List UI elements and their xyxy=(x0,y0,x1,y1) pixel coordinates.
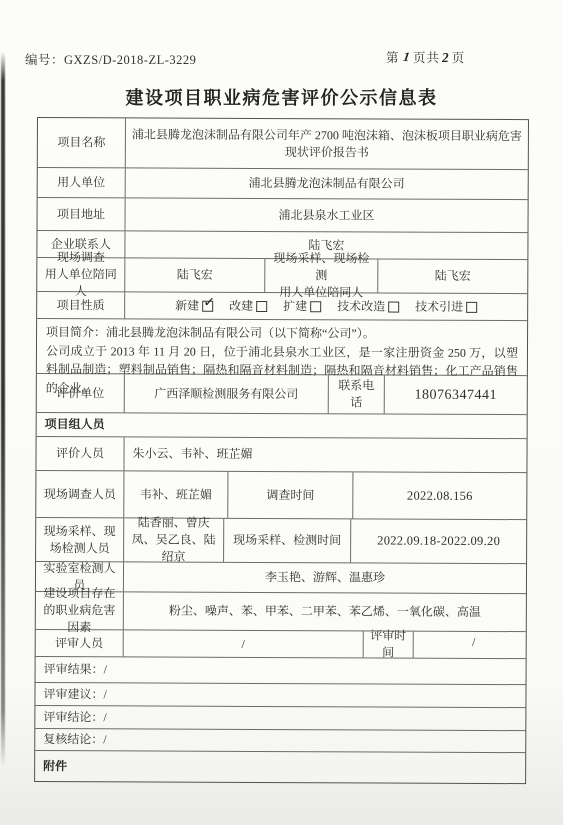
scan-edge-artifact xyxy=(1,52,5,767)
address-label: 项目地址 xyxy=(38,198,126,230)
check-mark-icon: ✓ xyxy=(203,294,216,312)
page-number-current: 1 xyxy=(399,48,415,66)
checkbox-tech-import xyxy=(466,301,477,312)
project-nature-options: 新建 ✓ 改建 扩建 技术改造 技术引进 xyxy=(125,292,527,320)
site-escort-label: 现场调查 用人单位陪同人 xyxy=(37,258,125,291)
eval-staff-label: 评价人员 xyxy=(36,437,124,470)
project-name-value: 浦北县腾龙泡沫制品有限公司年产 2700 吨泡沫箱、泡沫板项目职业病危害现状评价… xyxy=(126,118,528,169)
page-prefix: 第 xyxy=(386,51,400,65)
project-intro: 项目简介：浦北县腾龙泡沫制品有限公司（以下简称“公司”）。 公司成立于 2013… xyxy=(37,319,527,375)
row-eval-staff: 评价人员 朱小云、韦补、班芷媚 xyxy=(36,437,526,473)
row-attachment: 附件 xyxy=(35,751,525,783)
checkbox-tech-upgrade xyxy=(388,301,399,312)
sampling-escort-value: 陆飞宏 xyxy=(378,259,527,293)
document-number: 编号：GXZS/D-2018-ZL-3229 xyxy=(25,50,196,68)
row-recheck-conclusion: 复核结论：/ xyxy=(35,729,525,753)
employer-value: 浦北县腾龙泡沫制品有限公司 xyxy=(126,168,528,199)
checkbox-rebuild xyxy=(256,300,267,311)
hazards-label: 建设项目存在的职业病危害因素 xyxy=(36,592,124,629)
review-result: 评审结果：/ xyxy=(36,657,526,684)
project-intro-line1: 项目简介：浦北县腾龙泡沫制品有限公司（以下简称“公司”）。 xyxy=(46,325,375,340)
review-advice: 评审建议：/ xyxy=(35,683,525,707)
nature-option-expand: 扩建 xyxy=(283,298,321,315)
recheck-conclusion: 复核结论：/ xyxy=(35,729,525,752)
employer-label: 用人单位 xyxy=(38,168,126,197)
address-value: 浦北县泉水工业区 xyxy=(126,198,528,232)
nature-option-tech-import: 技术引进 xyxy=(415,298,477,315)
row-site-escort: 现场调查 用人单位陪同人 陆飞宏 现场采样、现场检测 用人单位陪同人 陆飞宏 xyxy=(37,258,527,294)
phone-value: 18076347441 xyxy=(385,376,527,415)
survey-time-value: 2022.08.156 xyxy=(353,472,526,519)
row-project-intro: 项目简介：浦北县腾龙泡沫制品有限公司（以下简称“公司”）。 公司成立于 2013… xyxy=(37,319,527,376)
review-conclusion: 评审结论：/ xyxy=(35,706,525,730)
review-staff-label: 评审人员 xyxy=(36,630,124,656)
page-indicator: 第1页共2页 xyxy=(386,48,465,66)
row-project-nature: 项目性质 新建 ✓ 改建 扩建 技术改造 xyxy=(37,292,527,321)
review-staff-value: / xyxy=(124,630,364,657)
sampling-staff-value: 陆香丽、曾庆凤、吴乙良、陆绍京 xyxy=(124,518,224,561)
page-number-total: 2 xyxy=(440,50,452,66)
nature-option-tech-upgrade: 技术改造 xyxy=(337,298,399,315)
evaluator-org-label: 评价单位 xyxy=(37,374,125,412)
row-review-staff: 评审人员 / 评审时间 / xyxy=(36,630,526,659)
checkbox-new-checked: ✓ xyxy=(202,300,213,311)
row-review-result: 评审结果：/ xyxy=(36,657,526,685)
survey-staff-label: 现场调查人员 xyxy=(36,471,124,517)
page-middle: 页共 xyxy=(413,51,440,65)
row-employer: 用人单位 浦北县腾龙泡沫制品有限公司 xyxy=(38,168,528,200)
sampling-time-value: 2022.09.18-2022.09.20 xyxy=(351,519,526,563)
disclosure-form-table: 项目名称 浦北县腾龙泡沫制品有限公司年产 2700 吨泡沫箱、泡沫板项目职业病危… xyxy=(34,117,529,784)
sampling-escort-label: 现场采样、现场检测 用人单位陪同人 xyxy=(265,259,378,292)
sampling-time-label: 现场采样、检测时间 xyxy=(224,519,351,563)
row-team-header: 项目组人员 xyxy=(37,413,527,439)
row-survey-staff: 现场调查人员 韦补、班芷媚 调查时间 2022.08.156 xyxy=(36,471,526,520)
row-evaluator-org: 评价单位 广西泽顺检测服务有限公司 联系电话 18076347441 xyxy=(37,374,527,415)
team-header: 项目组人员 xyxy=(37,413,527,438)
phone-label: 联系电话 xyxy=(329,375,385,413)
survey-time-label: 调查时间 xyxy=(228,472,353,519)
project-nature-label: 项目性质 xyxy=(37,292,125,318)
page-suffix: 页 xyxy=(452,51,466,65)
nature-option-rebuild: 改建 xyxy=(229,297,267,314)
sampling-staff-label: 现场采样、现场检测人员 xyxy=(36,518,124,561)
review-time-label: 评审时间 xyxy=(364,631,414,657)
row-hazards: 建设项目存在的职业病危害因素 粉尘、噪声、苯、甲苯、二甲苯、苯乙烯、一氧化碳、高… xyxy=(36,592,526,632)
row-review-conclusion: 评审结论：/ xyxy=(35,706,525,731)
row-review-advice: 评审建议：/ xyxy=(35,683,525,708)
page-title: 建设项目职业病危害评价公示信息表 xyxy=(0,84,563,110)
row-sampling-staff: 现场采样、现场检测人员 陆香丽、曾庆凤、吴乙良、陆绍京 现场采样、检测时间 20… xyxy=(36,518,526,564)
row-address: 项目地址 浦北县泉水工业区 xyxy=(38,198,528,233)
hazards-value: 粉尘、噪声、苯、甲苯、二甲苯、苯乙烯、一氧化碳、高温 xyxy=(124,592,526,631)
site-escort-value: 陆飞宏 xyxy=(125,258,265,292)
lab-staff-value: 李玉艳、游辉、温惠珍 xyxy=(124,562,526,593)
review-time-value: / xyxy=(414,632,526,658)
nature-option-new: 新建 ✓ xyxy=(175,297,213,314)
row-project-name: 项目名称 浦北县腾龙泡沫制品有限公司年产 2700 吨泡沫箱、泡沫板项目职业病危… xyxy=(38,118,528,170)
checkbox-expand xyxy=(310,301,321,312)
project-name-label: 项目名称 xyxy=(38,118,126,167)
eval-staff-value: 朱小云、韦补、班芷媚 xyxy=(124,437,526,472)
evaluator-org-value: 广西泽顺检测服务有限公司 xyxy=(125,374,329,413)
attachment-label: 附件 xyxy=(35,751,525,783)
survey-staff-value: 韦补、班芷媚 xyxy=(124,471,228,517)
